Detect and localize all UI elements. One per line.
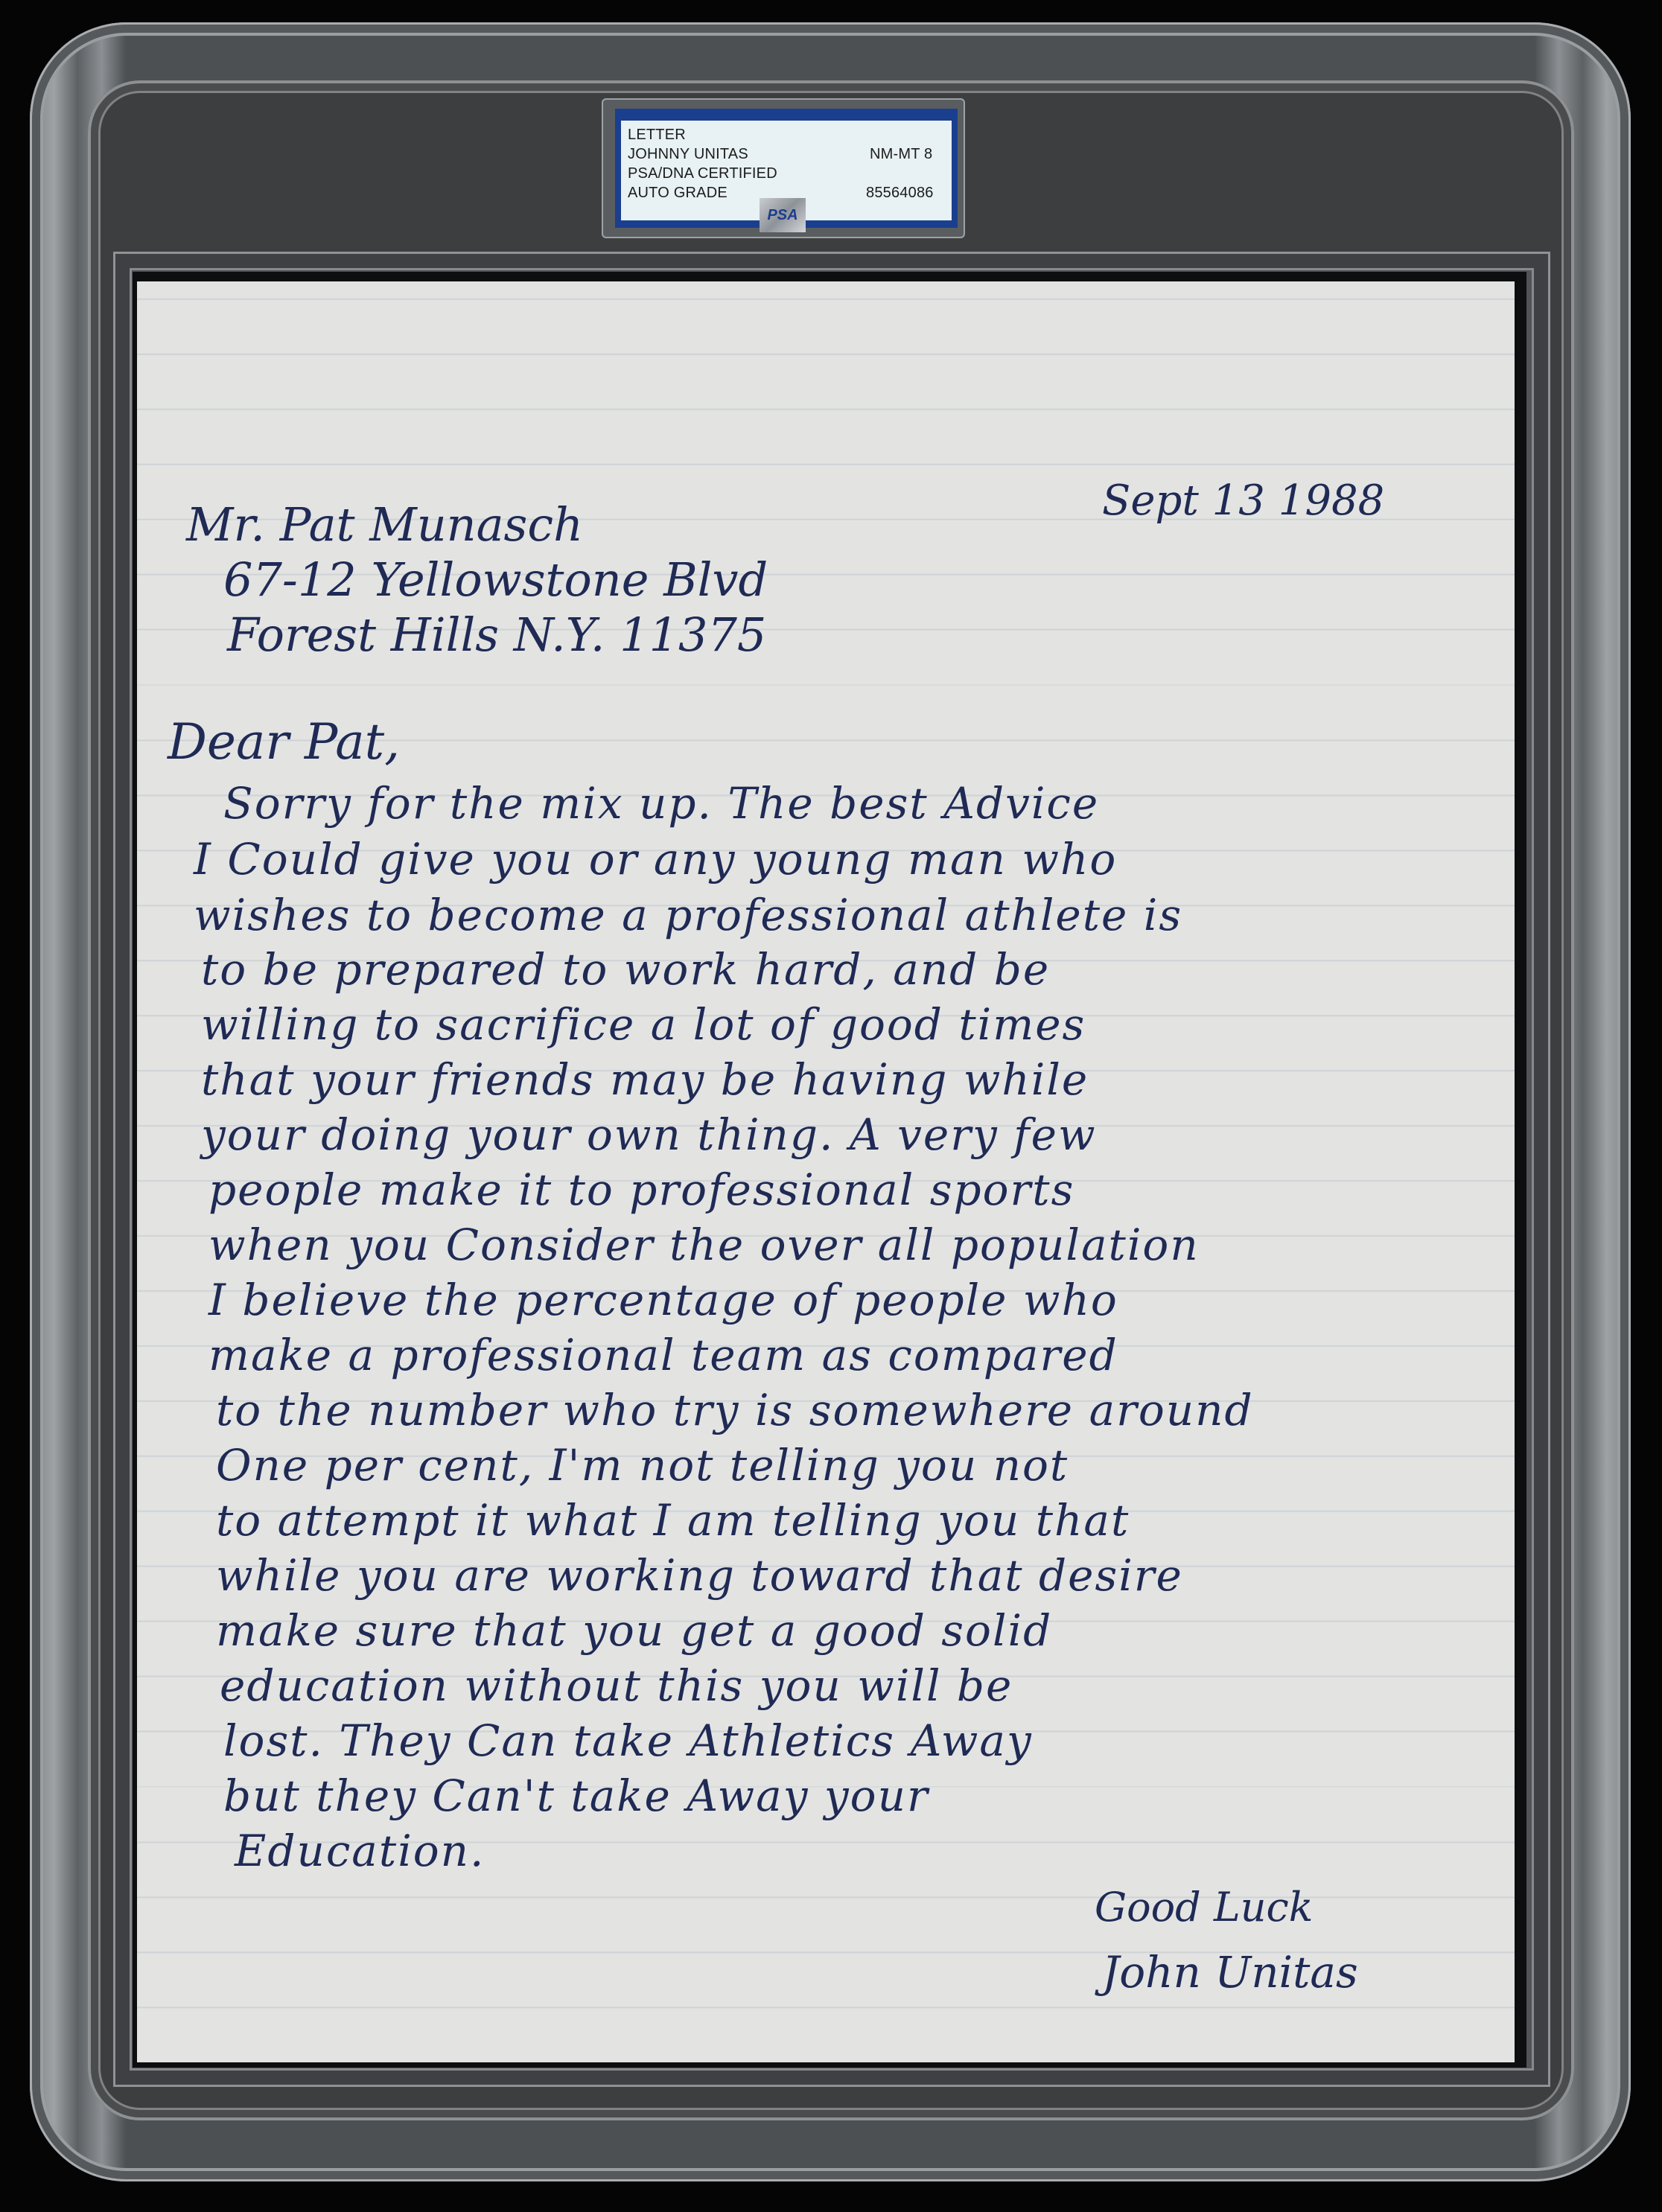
body-line: to attempt it what I am telling you that	[216, 1495, 1130, 1546]
letter-date: Sept 13 1988	[1102, 476, 1384, 525]
recipient-name: Mr. Pat Munasch	[186, 497, 583, 552]
label-grade-type: AUTO GRADE	[628, 185, 727, 201]
body-line: your doing your own thing. A very few	[201, 1109, 1097, 1160]
label-subject: JOHNNY UNITAS	[628, 146, 748, 162]
psa-logo-text: PSA	[767, 207, 797, 224]
body-line: I Could give you or any young man who	[194, 834, 1117, 885]
body-line: people make it to professional sports	[208, 1164, 1074, 1215]
body-line: I believe the percentage of people who	[208, 1275, 1118, 1325]
address-line-1: 67-12 Yellowstone Blvd	[223, 552, 768, 607]
body-line: willing to sacrifice a lot of good times	[201, 999, 1086, 1050]
address-line-2: Forest Hills N.Y. 11375	[227, 608, 766, 662]
body-line: Education.	[235, 1826, 485, 1876]
body-line: make sure that you get a good solid	[216, 1605, 1052, 1656]
body-line: but they Can't take Away your	[223, 1770, 929, 1821]
closing: Good Luck	[1095, 1884, 1314, 1931]
salutation: Dear Pat,	[168, 713, 400, 771]
body-line: to be prepared to work hard, and be	[201, 944, 1050, 995]
label-item-type: LETTER	[628, 127, 686, 143]
body-line: lost. They Can take Athletics Away	[223, 1715, 1033, 1766]
body-line: education without this you will be	[220, 1660, 1013, 1711]
body-line: wishes to become a professional athlete …	[194, 890, 1182, 940]
body-line: to the number who try is somewhere aroun…	[216, 1385, 1254, 1435]
body-line: when you Consider the over all populatio…	[208, 1220, 1200, 1270]
body-line: while you are working toward that desire	[216, 1550, 1183, 1601]
body-line: One per cent, I'm not telling you not	[216, 1440, 1069, 1491]
label-certification: PSA/DNA CERTIFIED	[628, 165, 777, 182]
body-line: make a professional team as compared	[208, 1330, 1118, 1380]
label-grade: NM-MT 8	[870, 146, 932, 162]
body-line: that your friends may be having while	[201, 1054, 1089, 1105]
psa-hologram-logo-icon: PSA	[760, 198, 806, 232]
signature: John Unitas	[1102, 1947, 1358, 1998]
label-cert-number: 85564086	[866, 185, 934, 201]
body-line: Sorry for the mix up. The best Advice	[223, 778, 1099, 829]
